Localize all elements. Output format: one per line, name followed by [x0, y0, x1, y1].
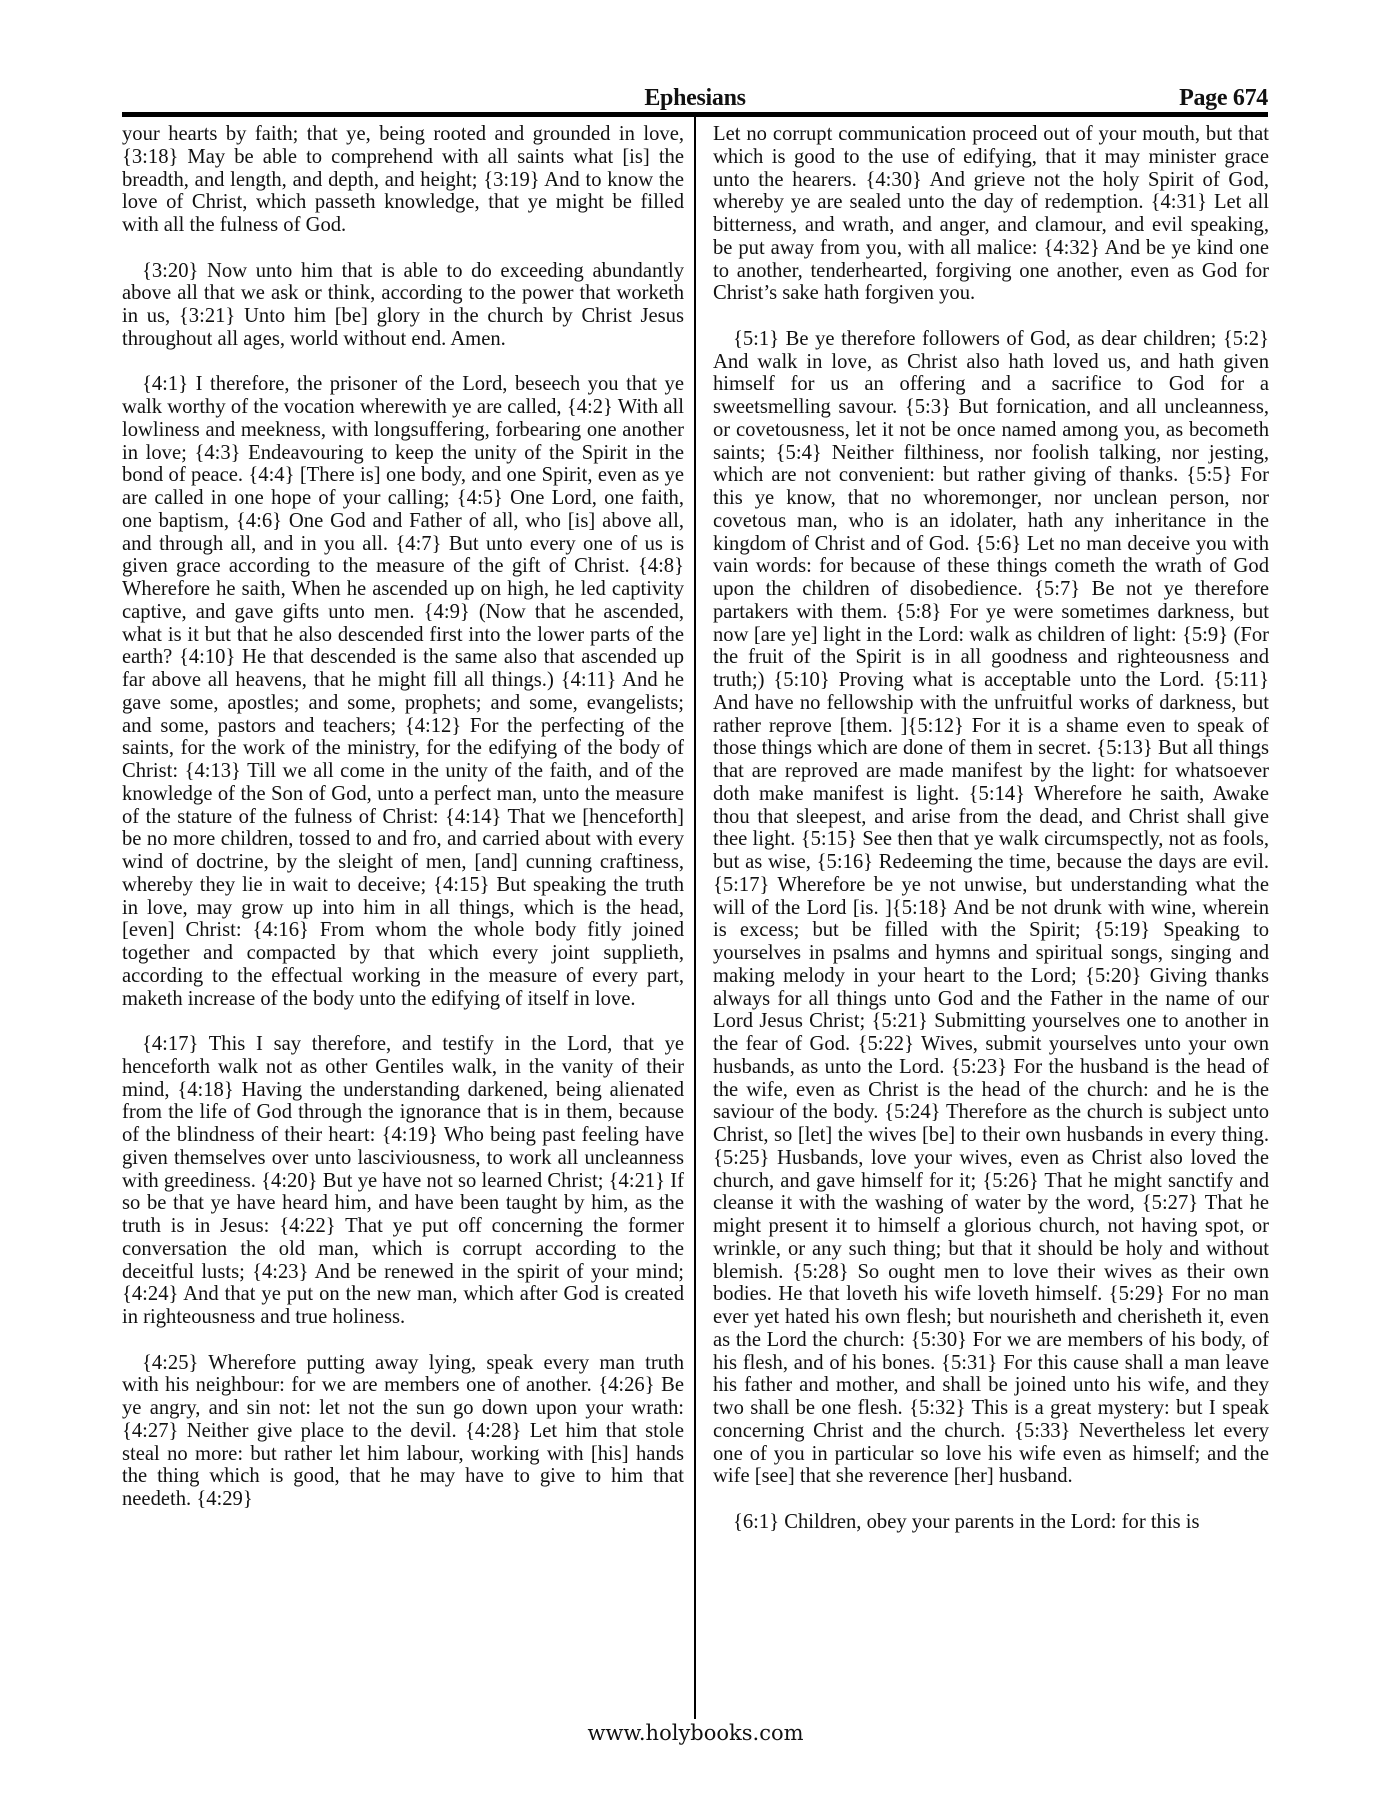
footer-site-link[interactable]: www.holybooks.com	[0, 1720, 1391, 1746]
paragraph: {6:1} Children, obey your parents in the…	[713, 1511, 1269, 1534]
page-number: Page 674	[1179, 84, 1268, 112]
paragraph: {4:17} This I say therefore, and testify…	[122, 1033, 684, 1329]
paragraph: Let no corrupt communication proceed out…	[713, 123, 1269, 305]
book-title: Ephesians	[122, 84, 1268, 112]
page-header: Ephesians Page 674	[122, 84, 1268, 114]
paragraph: {4:25} Wherefore putting away lying, spe…	[122, 1352, 684, 1511]
column-divider	[694, 116, 696, 1719]
paragraph: your hearts by faith; that ye, being roo…	[122, 123, 684, 237]
paragraph: {4:1} I therefore, the prisoner of the L…	[122, 373, 684, 1010]
paragraph: {3:20} Now unto him that is able to do e…	[122, 260, 684, 351]
right-column: Let no corrupt communication proceed out…	[713, 123, 1269, 1534]
document-page: Ephesians Page 674 your hearts by faith;…	[0, 0, 1391, 1800]
left-column: your hearts by faith; that ye, being roo…	[122, 123, 684, 1511]
paragraph: {5:1} Be ye therefore followers of God, …	[713, 328, 1269, 1488]
